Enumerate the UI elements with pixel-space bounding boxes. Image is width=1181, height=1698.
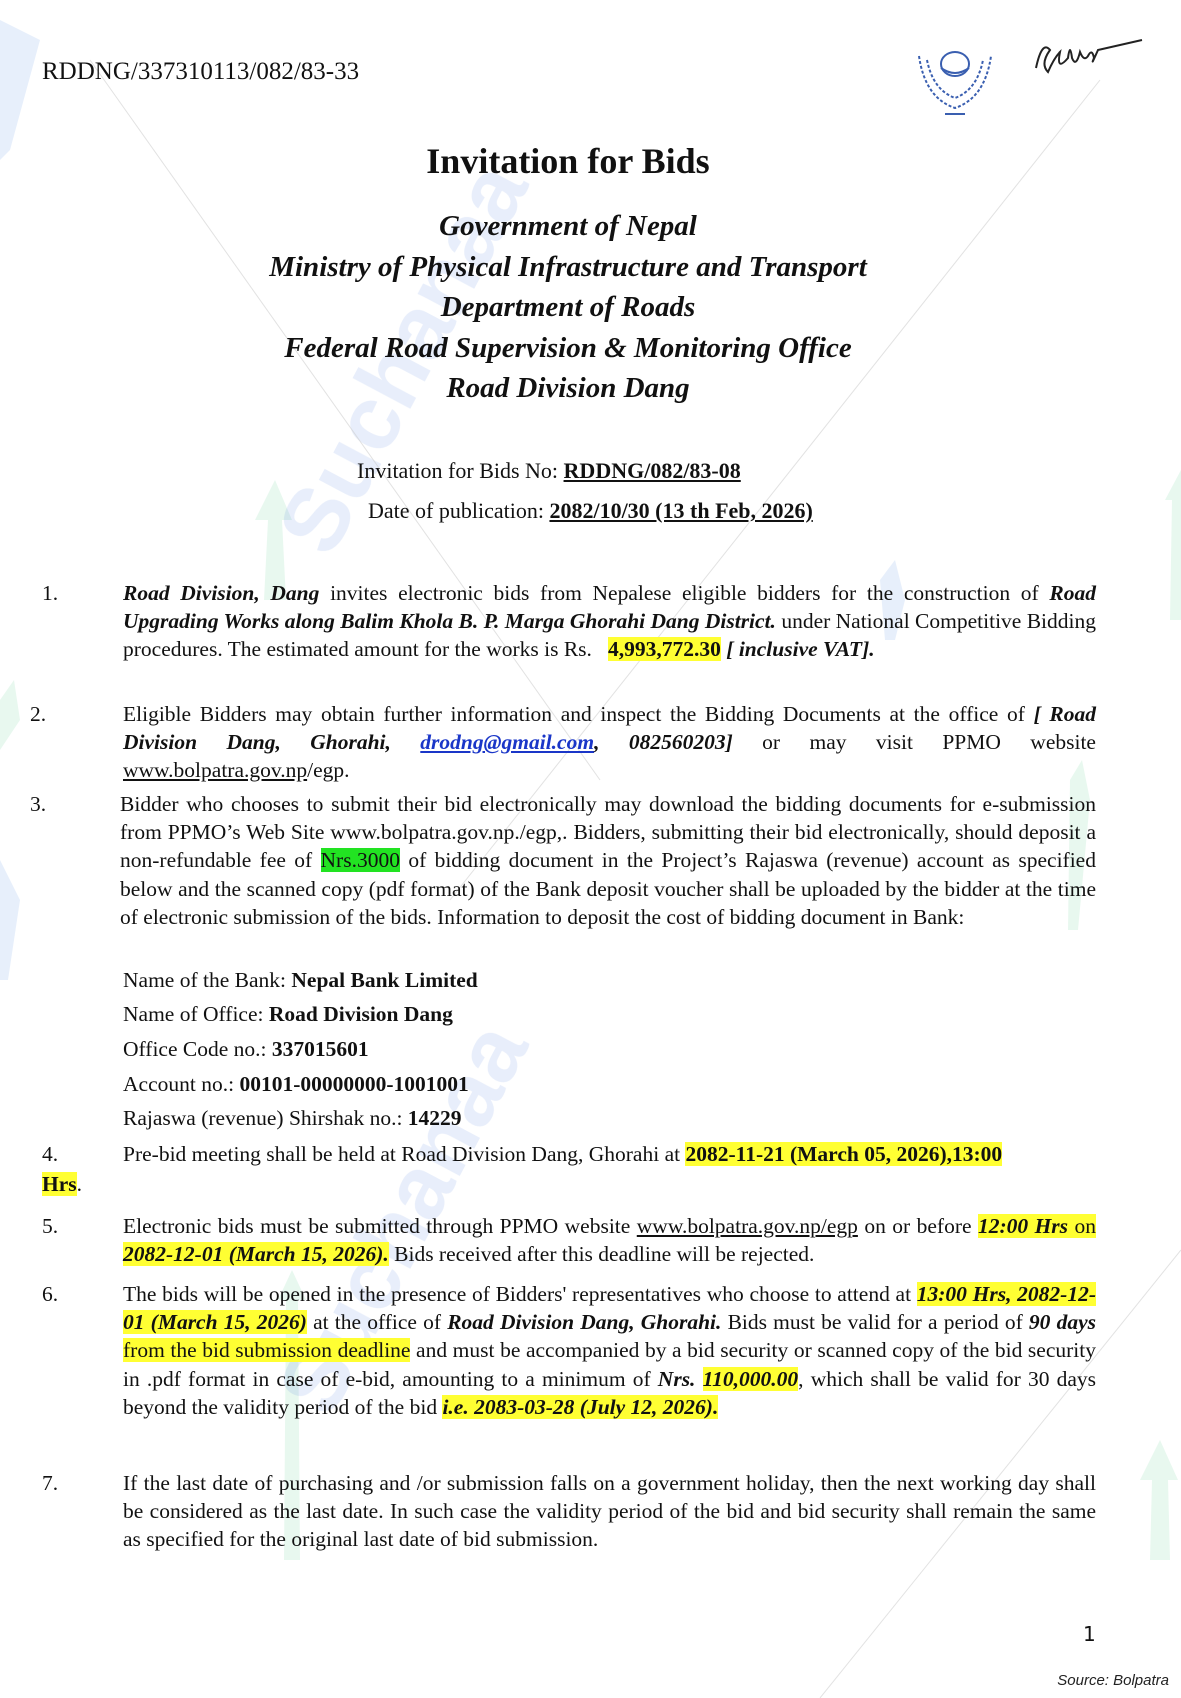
list-item: Road Division, Dang invites electronic b… [123,579,1096,664]
list-item: Bidder who chooses to submit their bid e… [120,790,1096,931]
org-line: Department of Roads [0,287,1136,328]
org-line: Ministry of Physical Infrastructure and … [0,247,1136,288]
organization-block: Government of Nepal Ministry of Physical… [0,206,1136,409]
page-number: 1 [1083,1622,1096,1646]
bid-security-amount: 110,000.00 [703,1367,799,1391]
account-number: Account no.: 00101-00000000-1001001 [123,1072,469,1097]
signature-icon [1030,28,1150,88]
validity-basis: from the bid submission deadline [123,1338,410,1362]
list-item: Eligible Bidders may obtain further info… [123,700,1096,785]
bank-name: Name of the Bank: Nepal Bank Limited [123,968,478,993]
document-title: Invitation for Bids [0,140,1136,182]
reference-number: RDDNG/337310113/082/83-33 [42,58,359,86]
ifb-number-value: RDDNG/082/83-08 [564,458,741,483]
office-code: Office Code no.: 337015601 [123,1037,369,1062]
item-number: 2. [30,700,46,728]
item-number: 1. [42,579,58,607]
org-line: Government of Nepal [0,206,1136,247]
list-item-continuation: Hrs. [42,1170,82,1198]
org-line: Federal Road Supervision & Monitoring Of… [0,328,1136,369]
website-link[interactable]: www.bolpatra.gov.np/egp [637,1214,858,1238]
list-item: The bids will be opened in the presence … [123,1280,1096,1421]
email-link[interactable]: drodng@gmail.com [420,730,594,754]
item-number: 5. [42,1212,58,1240]
item-number: 6. [42,1280,58,1308]
list-item: Electronic bids must be submitted throug… [123,1212,1096,1268]
ifb-number: Invitation for Bids No: RDDNG/082/83-08 [357,458,741,484]
office-name: Name of Office: Road Division Dang [123,1002,453,1027]
org-line: Road Division Dang [0,368,1136,409]
publication-date: Date of publication: 2082/10/30 (13 th F… [368,498,813,524]
list-item: Pre-bid meeting shall be held at Road Di… [123,1140,1096,1168]
office-seal-icon [905,38,1005,120]
source-credit: Source: Bolpatra [1057,1672,1169,1689]
website-link[interactable]: www.bolpatra.gov.np [123,758,307,782]
document-fee: Nrs.3000 [321,848,400,872]
security-validity-date: i.e. 2083-03-28 (July 12, 2026). [442,1395,718,1419]
item-number: 7. [42,1469,58,1497]
list-item: If the last date of purchasing and /or s… [123,1469,1096,1554]
item-number: 4. [42,1140,58,1168]
shirshak-number: Rajaswa (revenue) Shirshak no.: 14229 [123,1106,462,1131]
estimated-amount: 4,993,772.30 [608,637,721,661]
prebid-datetime: 2082-11-21 (March 05, 2026),13:00 [685,1142,1002,1166]
item-number: 3. [30,790,46,818]
publication-date-value: 2082/10/30 (13 th Feb, 2026) [549,498,812,523]
